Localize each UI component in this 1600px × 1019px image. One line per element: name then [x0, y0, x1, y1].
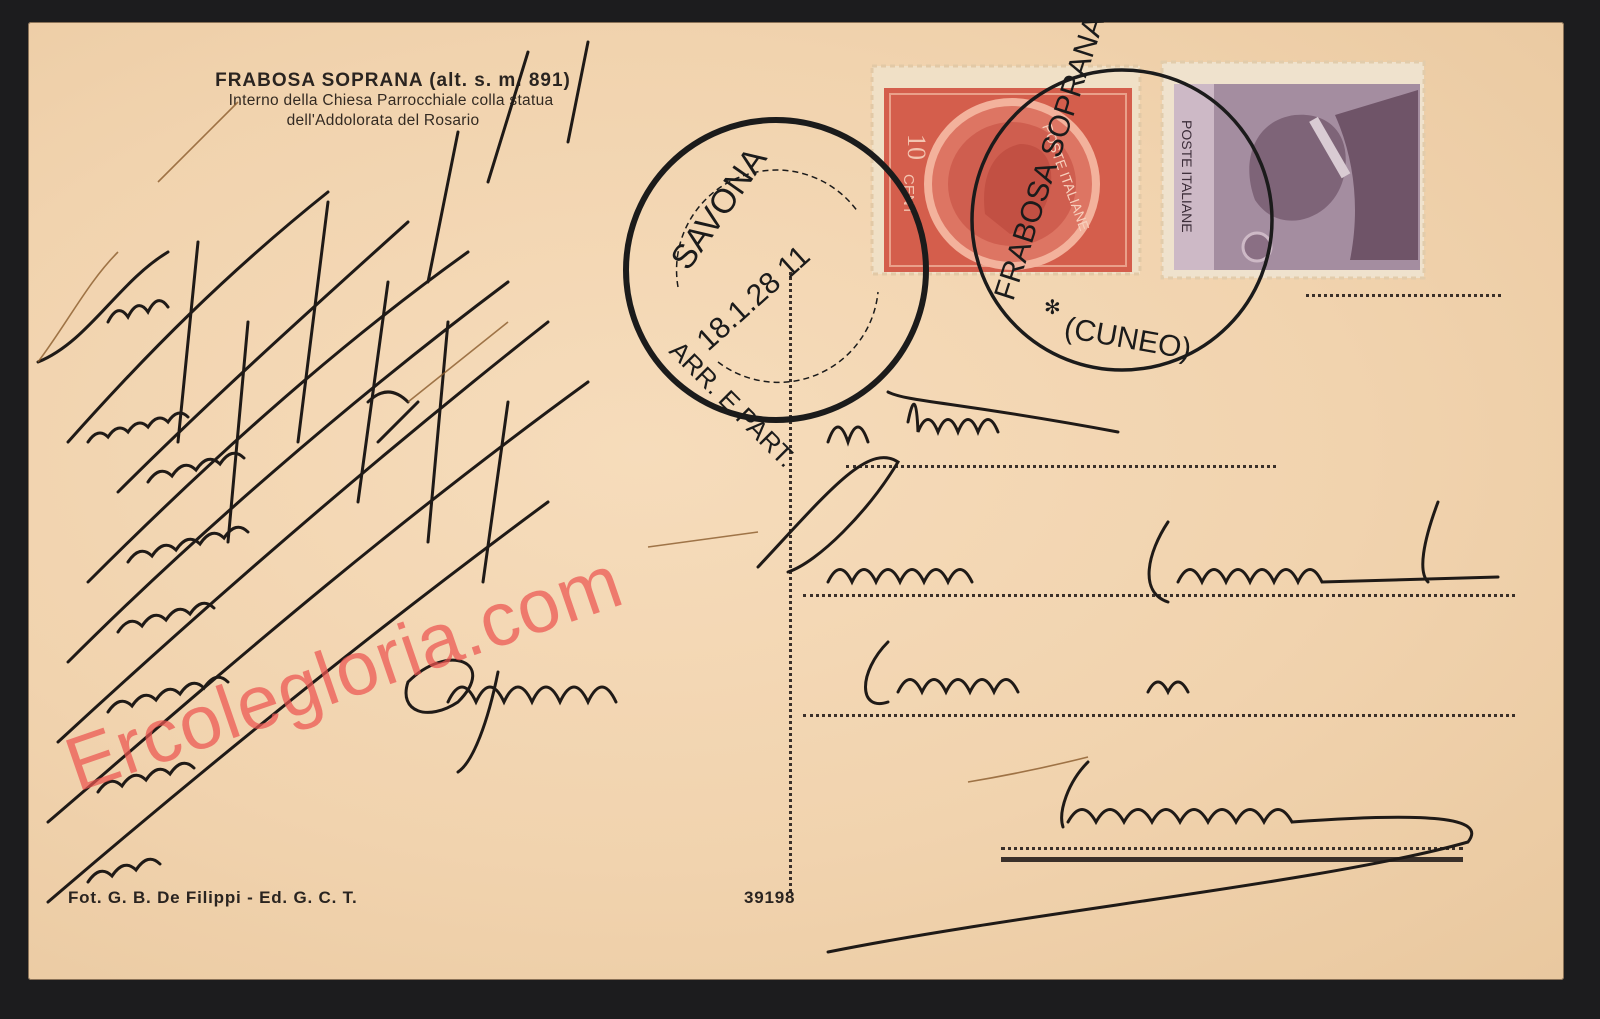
postmark-savona: SAVONA 18.1.28 11 ARR. E PART.	[626, 120, 926, 473]
postcard: FRABOSA SOPRANA (alt. s. m. 891) Interno…	[28, 22, 1564, 980]
handwriting-layer: SAVONA 18.1.28 11 ARR. E PART. FRABOSA S…	[28, 22, 1564, 980]
svg-text:✻: ✻	[1044, 297, 1061, 319]
svg-text:SAVONA: SAVONA	[663, 141, 774, 277]
svg-text:FRABOSA SOPRANA: FRABOSA SOPRANA	[988, 22, 1111, 304]
svg-text:ARR. E PART.: ARR. E PART.	[664, 335, 802, 473]
svg-text:18.1.28 11: 18.1.28 11	[691, 239, 817, 357]
card-number: 39198	[744, 888, 795, 908]
photo-credit: Fot. G. B. De Filippi - Ed. G. C. T.	[68, 888, 357, 908]
svg-text:(CUNEO): (CUNEO)	[1062, 311, 1194, 366]
postmark-frabosa: FRABOSA SOPRANA (CUNEO) ✻	[972, 22, 1272, 370]
handwritten-address	[406, 392, 1498, 952]
